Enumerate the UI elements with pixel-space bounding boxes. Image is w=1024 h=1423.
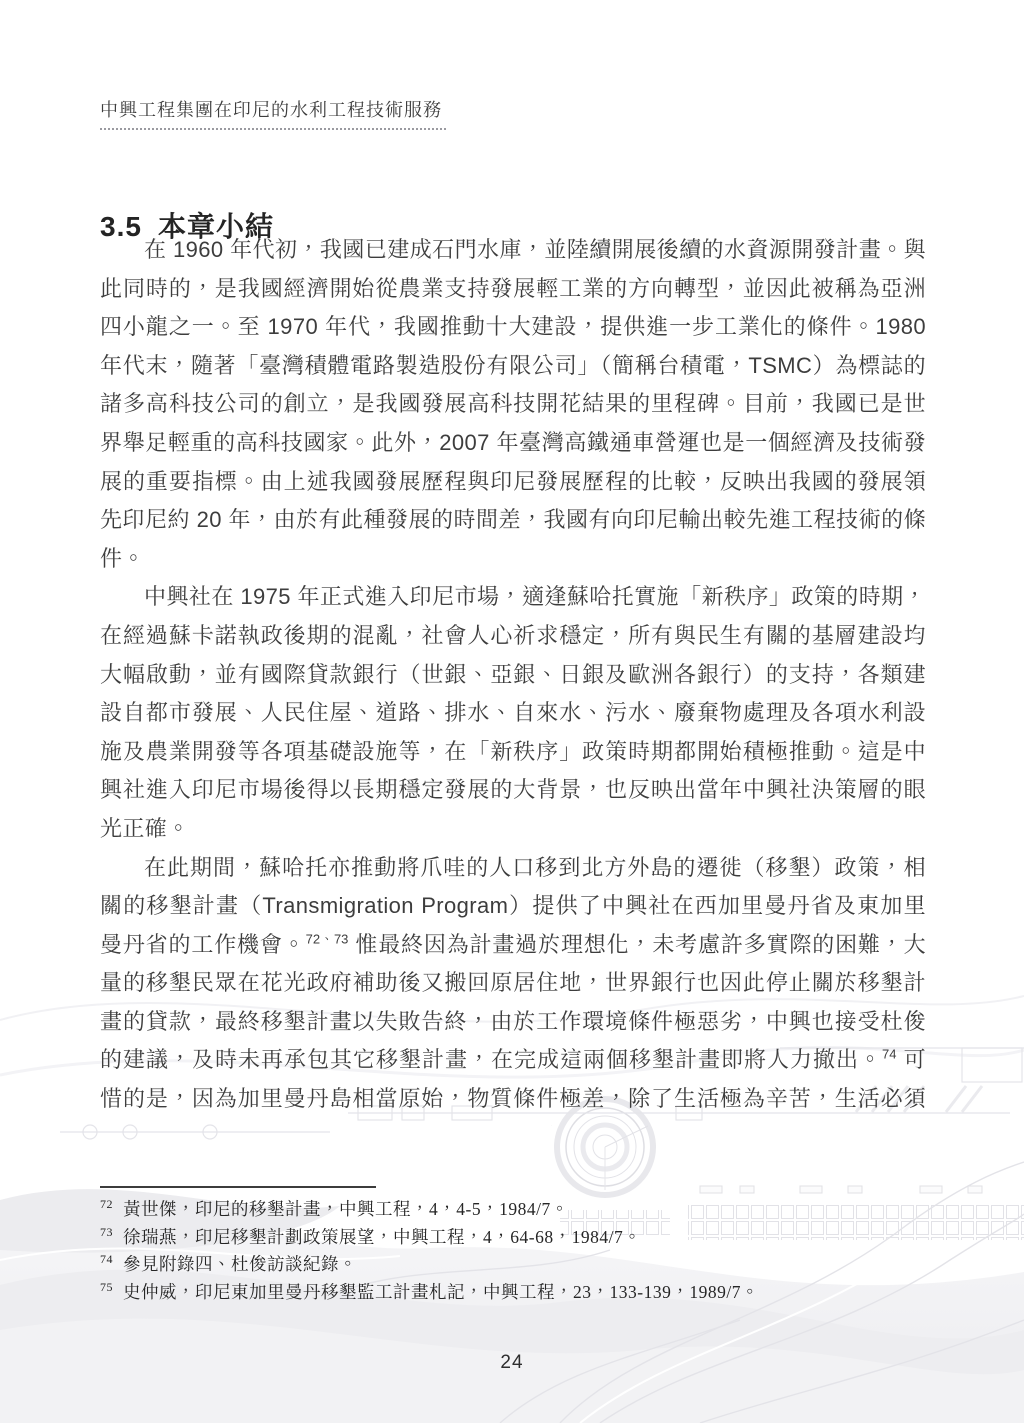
footnote-separator: [100, 1186, 376, 1188]
footnote-marker: 74: [100, 1252, 113, 1266]
footnote-72: 72黃世傑，印尼的移墾計畫，中興工程，4，4-5，1984/7。: [100, 1196, 940, 1224]
paragraph-2-text: 中興社在 1975 年正式進入印尼市場，適逢蘇哈托實施「新秩序」政策的時期，在經…: [100, 584, 926, 841]
footnote-73: 73徐瑞燕，印尼移墾計劃政策展望，中興工程，4，64-68，1984/7。: [100, 1224, 940, 1252]
footnote-text: 徐瑞燕，印尼移墾計劃政策展望，中興工程，4，64-68，1984/7。: [123, 1227, 641, 1247]
footnote-text: 參見附錄四、杜俊訪談紀錄。: [123, 1254, 357, 1274]
footnote-ref-74: 74: [882, 1047, 896, 1062]
body-content: 在 1960 年代初，我國已建成石門水庫，並陸續開展後續的水資源開發計畫。與此同…: [100, 231, 926, 1126]
running-header-title: 中興工程集團在印尼的水利工程技術服務: [100, 96, 446, 130]
footnote-ref-75: 75: [330, 1124, 344, 1126]
paragraph-1: 在 1960 年代初，我國已建成石門水庫，並陸續開展後續的水資源開發計畫。與此同…: [100, 231, 926, 578]
paragraph-2: 中興社在 1975 年正式進入印尼市場，適逢蘇哈托實施「新秩序」政策的時期，在經…: [100, 578, 926, 848]
footnote-marker: 72: [100, 1197, 113, 1211]
footnotes-section: 72黃世傑，印尼的移墾計畫，中興工程，4，4-5，1984/7。 73徐瑞燕，印…: [100, 1186, 940, 1306]
paragraph-3: 在此期間，蘇哈托亦推動將爪哇的人口移到北方外島的遷徙（移墾）政策，相關的移墾計畫…: [100, 849, 926, 1127]
footnote-text: 史仲威，印尼東加里曼丹移墾監工計畫札記，中興工程，23，133-139，1989…: [123, 1282, 759, 1302]
footnote-marker: 73: [100, 1225, 113, 1239]
footnote-ref-72-73: 72、73: [306, 931, 349, 946]
page-footer: 24: [0, 1352, 1024, 1374]
footnote-text: 黃世傑，印尼的移墾計畫，中興工程，4，4-5，1984/7。: [123, 1199, 569, 1219]
document-page: 中興工程集團在印尼的水利工程技術服務 3.5本章小結 在 1960 年代初，我國…: [0, 0, 1024, 1423]
page-number: 24: [500, 1352, 523, 1373]
footnote-marker: 75: [100, 1280, 113, 1294]
running-header: 中興工程集團在印尼的水利工程技術服務: [100, 96, 446, 130]
paragraph-1-text: 在 1960 年代初，我國已建成石門水庫，並陸續開展後續的水資源開發計畫。與此同…: [100, 237, 926, 571]
footnote-74: 74參見附錄四、杜俊訪談紀錄。: [100, 1251, 940, 1279]
footnote-75: 75史仲威，印尼東加里曼丹移墾監工計畫札記，中興工程，23，133-139，19…: [100, 1279, 940, 1307]
